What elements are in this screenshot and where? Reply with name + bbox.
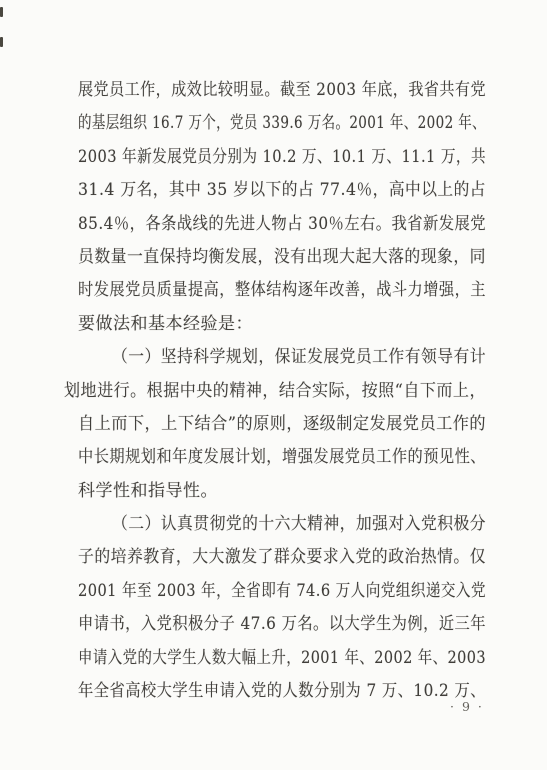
text-line: 时发展党员质量提高，整体结构逐年改善，战斗力增强，主 [78,274,486,307]
text-line-content: 自上而下，上下结合”的原则，逐级制定发展党员工作的 [78,408,486,441]
text-line: 申请入党的大学生人数大幅上升，2001 年、2002 年、2003 [78,642,486,675]
text-line-content: 31.4 万名，其中 35 岁以下的占 77.4％，高中以上的占 [78,174,486,207]
text-line: 2003 年新发展党员分别为 10.2 万、10.1 万、11.1 万，共 [78,141,486,174]
document-page: 展党员工作，成效比较明显。截至 2003 年底，我省共有党 的基层组织 16.7… [0,0,547,770]
text-line-content: 申请入党的大学生人数大幅上升，2001 年、2002 年、2003 [78,642,486,675]
text-line-content: 申请书，入党积极分子 47.6 万名。以大学生为例，近三年 [78,608,486,641]
body-text: 展党员工作，成效比较明显。截至 2003 年底，我省共有党 的基层组织 16.7… [78,74,486,708]
text-line-content: 85.4％，各条战线的先进人物占 30％左右。我省新发展党 [78,208,486,241]
text-line: 85.4％，各条战线的先进人物占 30％左右。我省新发展党 [78,208,486,241]
text-line: 员数量一直保持均衡发展，没有出现大起大落的现象，同 [78,241,486,274]
text-line: 的基层组织 16.7 万个，党员 339.6 万名。2001 年、2002 年、 [78,107,486,140]
text-line-content: （二）认真贯彻党的十六大精神，加强对入党积极分 [112,508,486,541]
scan-speck [0,37,3,47]
text-line: 划地进行。根据中央的精神，结合实际，按照“自下而上， [64,375,486,408]
text-line-content: 的基层组织 16.7 万个，党员 339.6 万名。2001 年、2002 年、 [78,107,486,140]
text-line: 2001 年至 2003 年，全省即有 74.6 万人向党组织递交入党 [78,575,486,608]
text-line: 子的培养教育，大大激发了群众要求入党的政治热情。仅 [78,541,486,574]
text-line: 科学性和指导性。 [78,475,486,508]
text-line: 中长期规划和年度发展计划，增强发展党员工作的预见性、 [78,441,486,474]
text-line-content: 中长期规划和年度发展计划，增强发展党员工作的预见性、 [78,441,486,474]
text-line-content: 年全省高校大学生申请入党的人数分别为 7 万、10.2 万、 [78,675,486,708]
text-line: 要做法和基本经验是： [78,308,486,341]
text-line: 展党员工作，成效比较明显。截至 2003 年底，我省共有党 [78,74,486,107]
text-line: 申请书，入党积极分子 47.6 万名。以大学生为例，近三年 [78,608,486,641]
text-line-content: （一）坚持科学规划，保证发展党员工作有领导有计 [112,341,486,374]
text-line-content: 员数量一直保持均衡发展，没有出现大起大落的现象，同 [78,241,486,274]
text-line-content: 要做法和基本经验是： [78,308,253,341]
text-line: （一）坚持科学规划，保证发展党员工作有领导有计 [78,341,486,374]
text-line-content: 划地进行。根据中央的精神，结合实际，按照“自下而上， [64,375,486,408]
text-line: （二）认真贯彻党的十六大精神，加强对入党积极分 [78,508,486,541]
text-line: 自上而下，上下结合”的原则，逐级制定发展党员工作的 [78,408,486,441]
text-line-content: 展党员工作，成效比较明显。截至 2003 年底，我省共有党 [78,74,486,107]
text-line: 31.4 万名，其中 35 岁以下的占 77.4％，高中以上的占 [78,174,486,207]
text-line-content: 2001 年至 2003 年，全省即有 74.6 万人向党组织递交入党 [78,575,486,608]
page-number: · 9 · [450,699,484,714]
text-line-content: 子的培养教育，大大激发了群众要求入党的政治热情。仅 [78,541,486,574]
text-line-content: 2003 年新发展党员分别为 10.2 万、10.1 万、11.1 万，共 [78,141,486,174]
text-line-content: 时发展党员质量提高，整体结构逐年改善，战斗力增强，主 [78,274,486,307]
text-line-content: 科学性和指导性。 [78,475,218,508]
text-line: 年全省高校大学生申请入党的人数分别为 7 万、10.2 万、 [78,675,486,708]
scan-speck [0,7,3,17]
